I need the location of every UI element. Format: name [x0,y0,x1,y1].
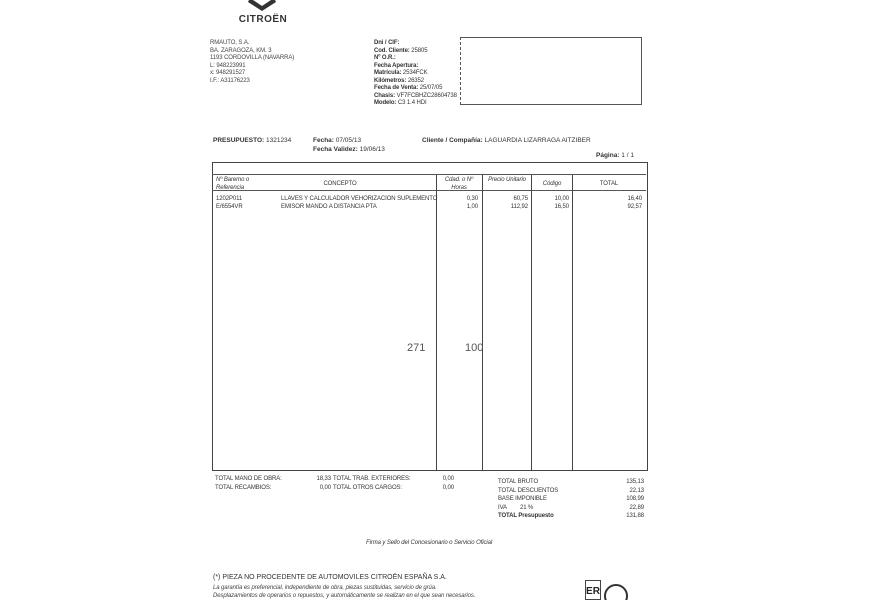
budget-number: PRESUPUESTO: 1321234 [213,137,291,145]
cell-cantidad: 0,30 [438,196,478,204]
vehicle-field: Cod. Cliente: 25805 [374,48,457,56]
column-divider [531,175,532,470]
brand-name: CITROËN [233,14,293,25]
cell-codigo: 16,50 [533,204,569,212]
total-label: TOTAL DESCUENTOS [498,488,558,496]
vehicle-field: Kilómetros: 26352 [374,78,457,86]
client-name: Cliente / Compañía: LAGUARDIA LIZARRAGA … [422,137,591,145]
total-value: 0,00 [305,485,331,493]
overlay-number: 100 [465,342,483,354]
column-header-precio: Precio Unitario [484,177,530,185]
cell-precio: 112,92 [484,204,528,212]
cell-cantidad: 1,00 [438,204,478,212]
vehicle-field: Fecha de Venta: 25/07/05 [374,85,457,93]
company-info: RMAUTO, S.A. BA. ZARAGOZA, KM. 3 1193 CO… [210,40,294,85]
company-line: BA. ZARAGOZA, KM. 3 [210,48,294,56]
vehicle-field: Chasis: VF7FCBHZC28604738 [374,93,457,101]
total-value: 0,00 [432,476,454,484]
total-label: BASE IMPONIBLE [498,496,547,504]
total-label: TOTAL BRUTO [498,479,538,487]
tax-rate: 21 % [520,505,533,513]
total-label: IVA [498,505,507,513]
validity-date: Fecha Validez: 19/06/13 [313,146,385,154]
vehicle-field: Nº O.R.: [374,55,457,63]
column-header-cantidad: Cdad. o Nº Horas [438,177,480,192]
footer-note-title: (*) PIEZA NO PROCEDENTE DE AUTOMOVILES C… [213,574,447,581]
column-divider [436,175,437,470]
company-line: 1193 CORDOVILLA (NAVARRA) [210,55,294,63]
column-header-codigo: Código [533,181,571,189]
table-header-divider [212,190,646,191]
total-label: TOTAL TRAB. EXTERIORES: [333,476,411,484]
column-divider [482,175,483,470]
company-line: x: 948291527 [210,70,294,78]
total-value: 0,00 [432,485,454,493]
total-value: 131,88 [600,513,644,521]
address-window-box [460,37,642,105]
cell-total: 92,57 [574,204,642,212]
total-label: TOTAL Presupuesto [498,513,554,521]
total-value: 22,89 [600,505,644,513]
total-label: TOTAL RECAMBIOS: [215,485,271,493]
cell-concepto: LLAVES Y CALCULADOR VEHORIZACION SUPLEME… [281,196,431,204]
column-header-ref: Nº Baremo o Referencia [216,177,260,192]
column-header-total: TOTAL [574,181,644,189]
column-header-concepto: CONCEPTO [280,181,400,189]
overlay-number: 271 [407,342,425,354]
company-line: I.F.: A31176223 [210,78,294,86]
certification-circle-icon [604,584,628,600]
budget-date: Fecha: 07/05/13 [313,137,361,145]
page-indicator: Página: 1 / 1 [596,152,634,160]
vehicle-field: Matrícula: 2534FCK [374,70,457,78]
total-value: 108,99 [600,496,644,504]
cell-ref: E/6554VR [216,204,276,212]
budget-document: CITROËN RMAUTO, S.A. BA. ZARAGOZA, KM. 3… [0,0,880,600]
table-top-band [212,162,646,175]
quality-er-badge-icon: ER [585,580,601,600]
column-divider [572,175,573,470]
signature-caption: Firma y Sello del Concesionario o Servic… [366,540,492,548]
company-line: L: 948223991 [210,63,294,71]
total-label: TOTAL OTROS CARGOS: [333,485,402,493]
cell-precio: 60,75 [484,196,528,204]
total-value: 135,13 [600,479,644,487]
company-line: RMAUTO, S.A. [210,40,294,48]
vehicle-field: Dni / CIF: [374,40,457,48]
cell-ref: 1202P011 [216,196,276,204]
footer-note-text: La garantía es preferencial, independien… [213,585,475,600]
vehicle-field: Modelo: C3 1.4 HDI [374,100,457,108]
vehicle-field: Fecha Apertura: [374,63,457,71]
total-value: 18,33 [305,476,331,484]
vehicle-info: Dni / CIF: Cod. Cliente: 25805Nº O.R.: F… [374,40,457,108]
cell-concepto: EMISOR MANDO A DISTANCIA PTA [281,204,431,212]
total-label: TOTAL MANO DE OBRA: [215,476,282,484]
total-value: 22,13 [600,488,644,496]
cell-total: 16,40 [574,196,642,204]
cell-codigo: 10,00 [533,196,569,204]
